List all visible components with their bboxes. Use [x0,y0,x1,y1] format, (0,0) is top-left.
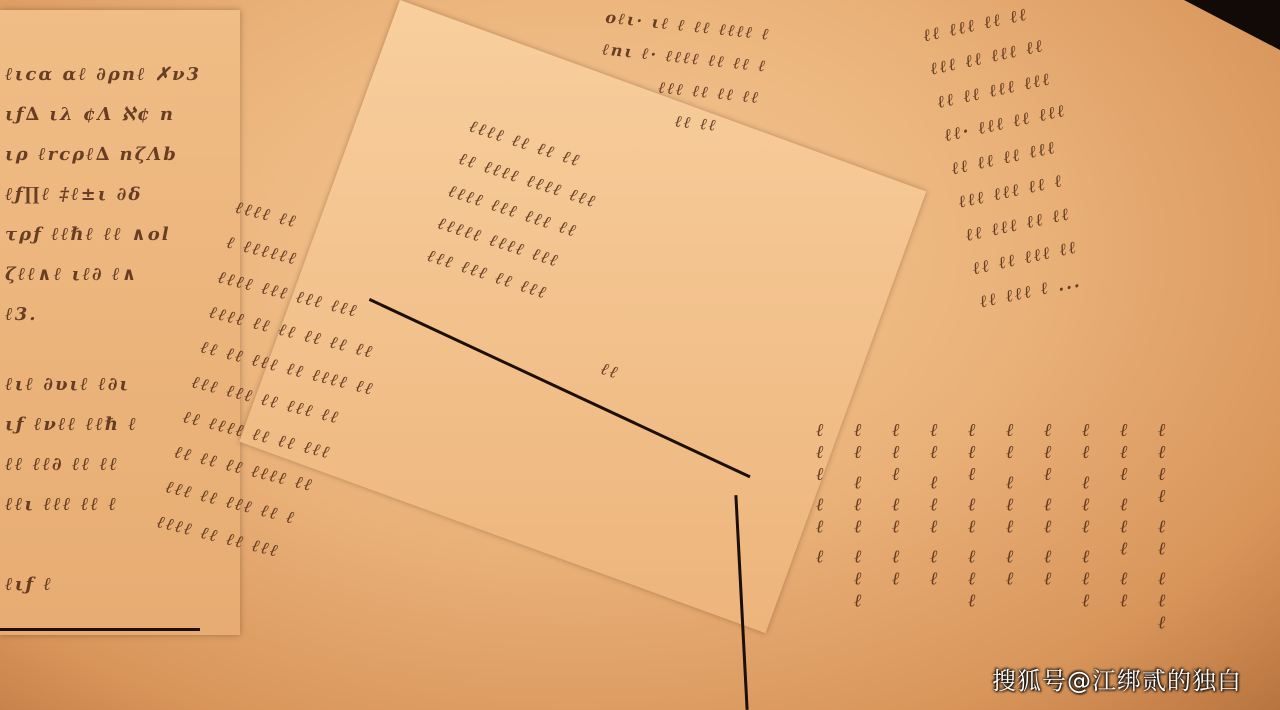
letters-photo: ℓιcα αℓ ∂ρnℓ ✗ν3ιƒ∆ ιλ ¢Λ ℵ¢ nιρ ℓrcρℓ∆ … [0,0,1280,710]
handwriting-right-top: ℓℓ ℓℓℓ ℓℓ ℓℓℓℓℓ ℓℓ ℓℓℓ ℓℓℓℓ ℓℓ ℓℓℓ ℓℓℓℓℓ… [920,0,1105,319]
watermark: 搜狐号@江绑贰的独白 [992,661,1242,696]
dark-background-corner [1160,0,1280,50]
handwriting-center-top: oℓι· ιℓ ℓ ℓℓ ℓℓℓℓ ℓℓnι ℓ· ℓℓℓℓ ℓℓ ℓℓ ℓℓℓ… [594,2,772,147]
paper-edge [0,628,200,631]
